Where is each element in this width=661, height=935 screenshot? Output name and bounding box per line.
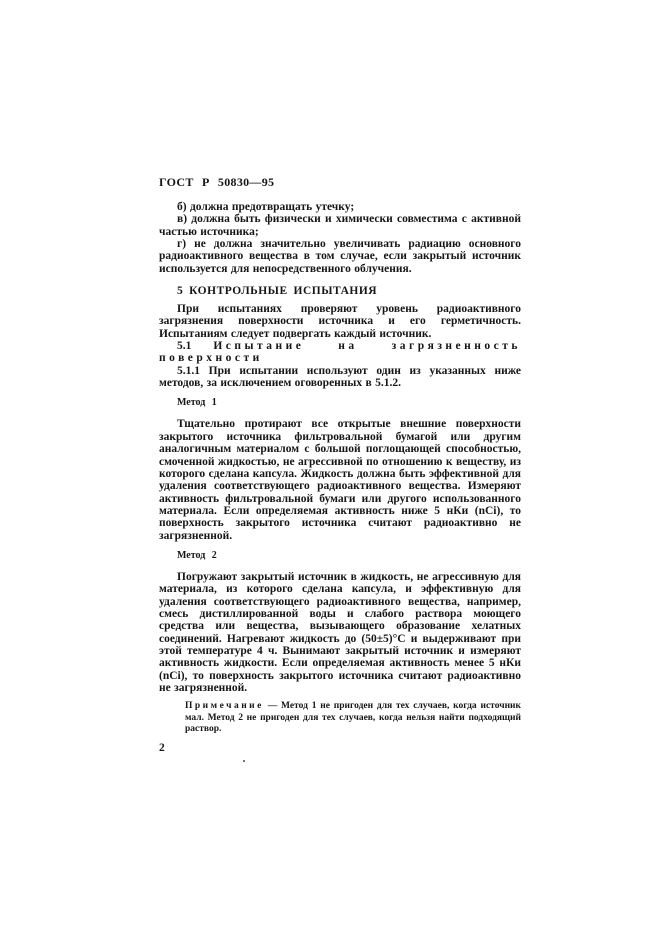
subsection-5-1-title: Испытание на загрязненность поверхности: [159, 340, 521, 364]
note-label: Примечание: [185, 701, 264, 711]
note-block: Примечание — Метод 1 не пригоден для тех…: [185, 701, 521, 735]
scan-speck: [283, 290, 285, 292]
method-2-label: Метод 2: [177, 550, 521, 561]
section-5-heading: 5 КОНТРОЛЬНЫЕ ИСПЫТАНИЯ: [159, 285, 521, 297]
page-content: ГОСТ Р 50830—95 б) должна предотвращать …: [159, 175, 521, 754]
requirement-item-v: в) должна быть физически и химически сов…: [159, 213, 521, 238]
requirement-item-g: г) не должна значительно увеличивать рад…: [159, 238, 521, 275]
requirement-item-b: б) должна предотвращать утечку;: [159, 201, 521, 213]
subsection-5-1-number: 5.1: [177, 340, 191, 352]
method-1-label: Метод 1: [177, 397, 521, 408]
document-page: ГОСТ Р 50830—95 б) должна предотвращать …: [0, 0, 661, 935]
running-header-standard-code: ГОСТ Р 50830—95: [159, 175, 521, 190]
method-2-paragraph: Погружают закрытый источник в жидкость, …: [159, 571, 521, 694]
method-1-paragraph: Тщательно протирают все открытые внешние…: [159, 418, 521, 541]
scan-speck: [243, 760, 245, 762]
clause-5-1-1-paragraph: 5.1.1 При испытании используют один из у…: [159, 365, 521, 390]
section-5-intro-paragraph: При испытаниях проверяют уровень радиоак…: [159, 303, 521, 340]
page-number: 2: [159, 742, 521, 754]
subsection-5-1-heading: 5.1 Испытание на загрязненность поверхно…: [159, 340, 521, 365]
